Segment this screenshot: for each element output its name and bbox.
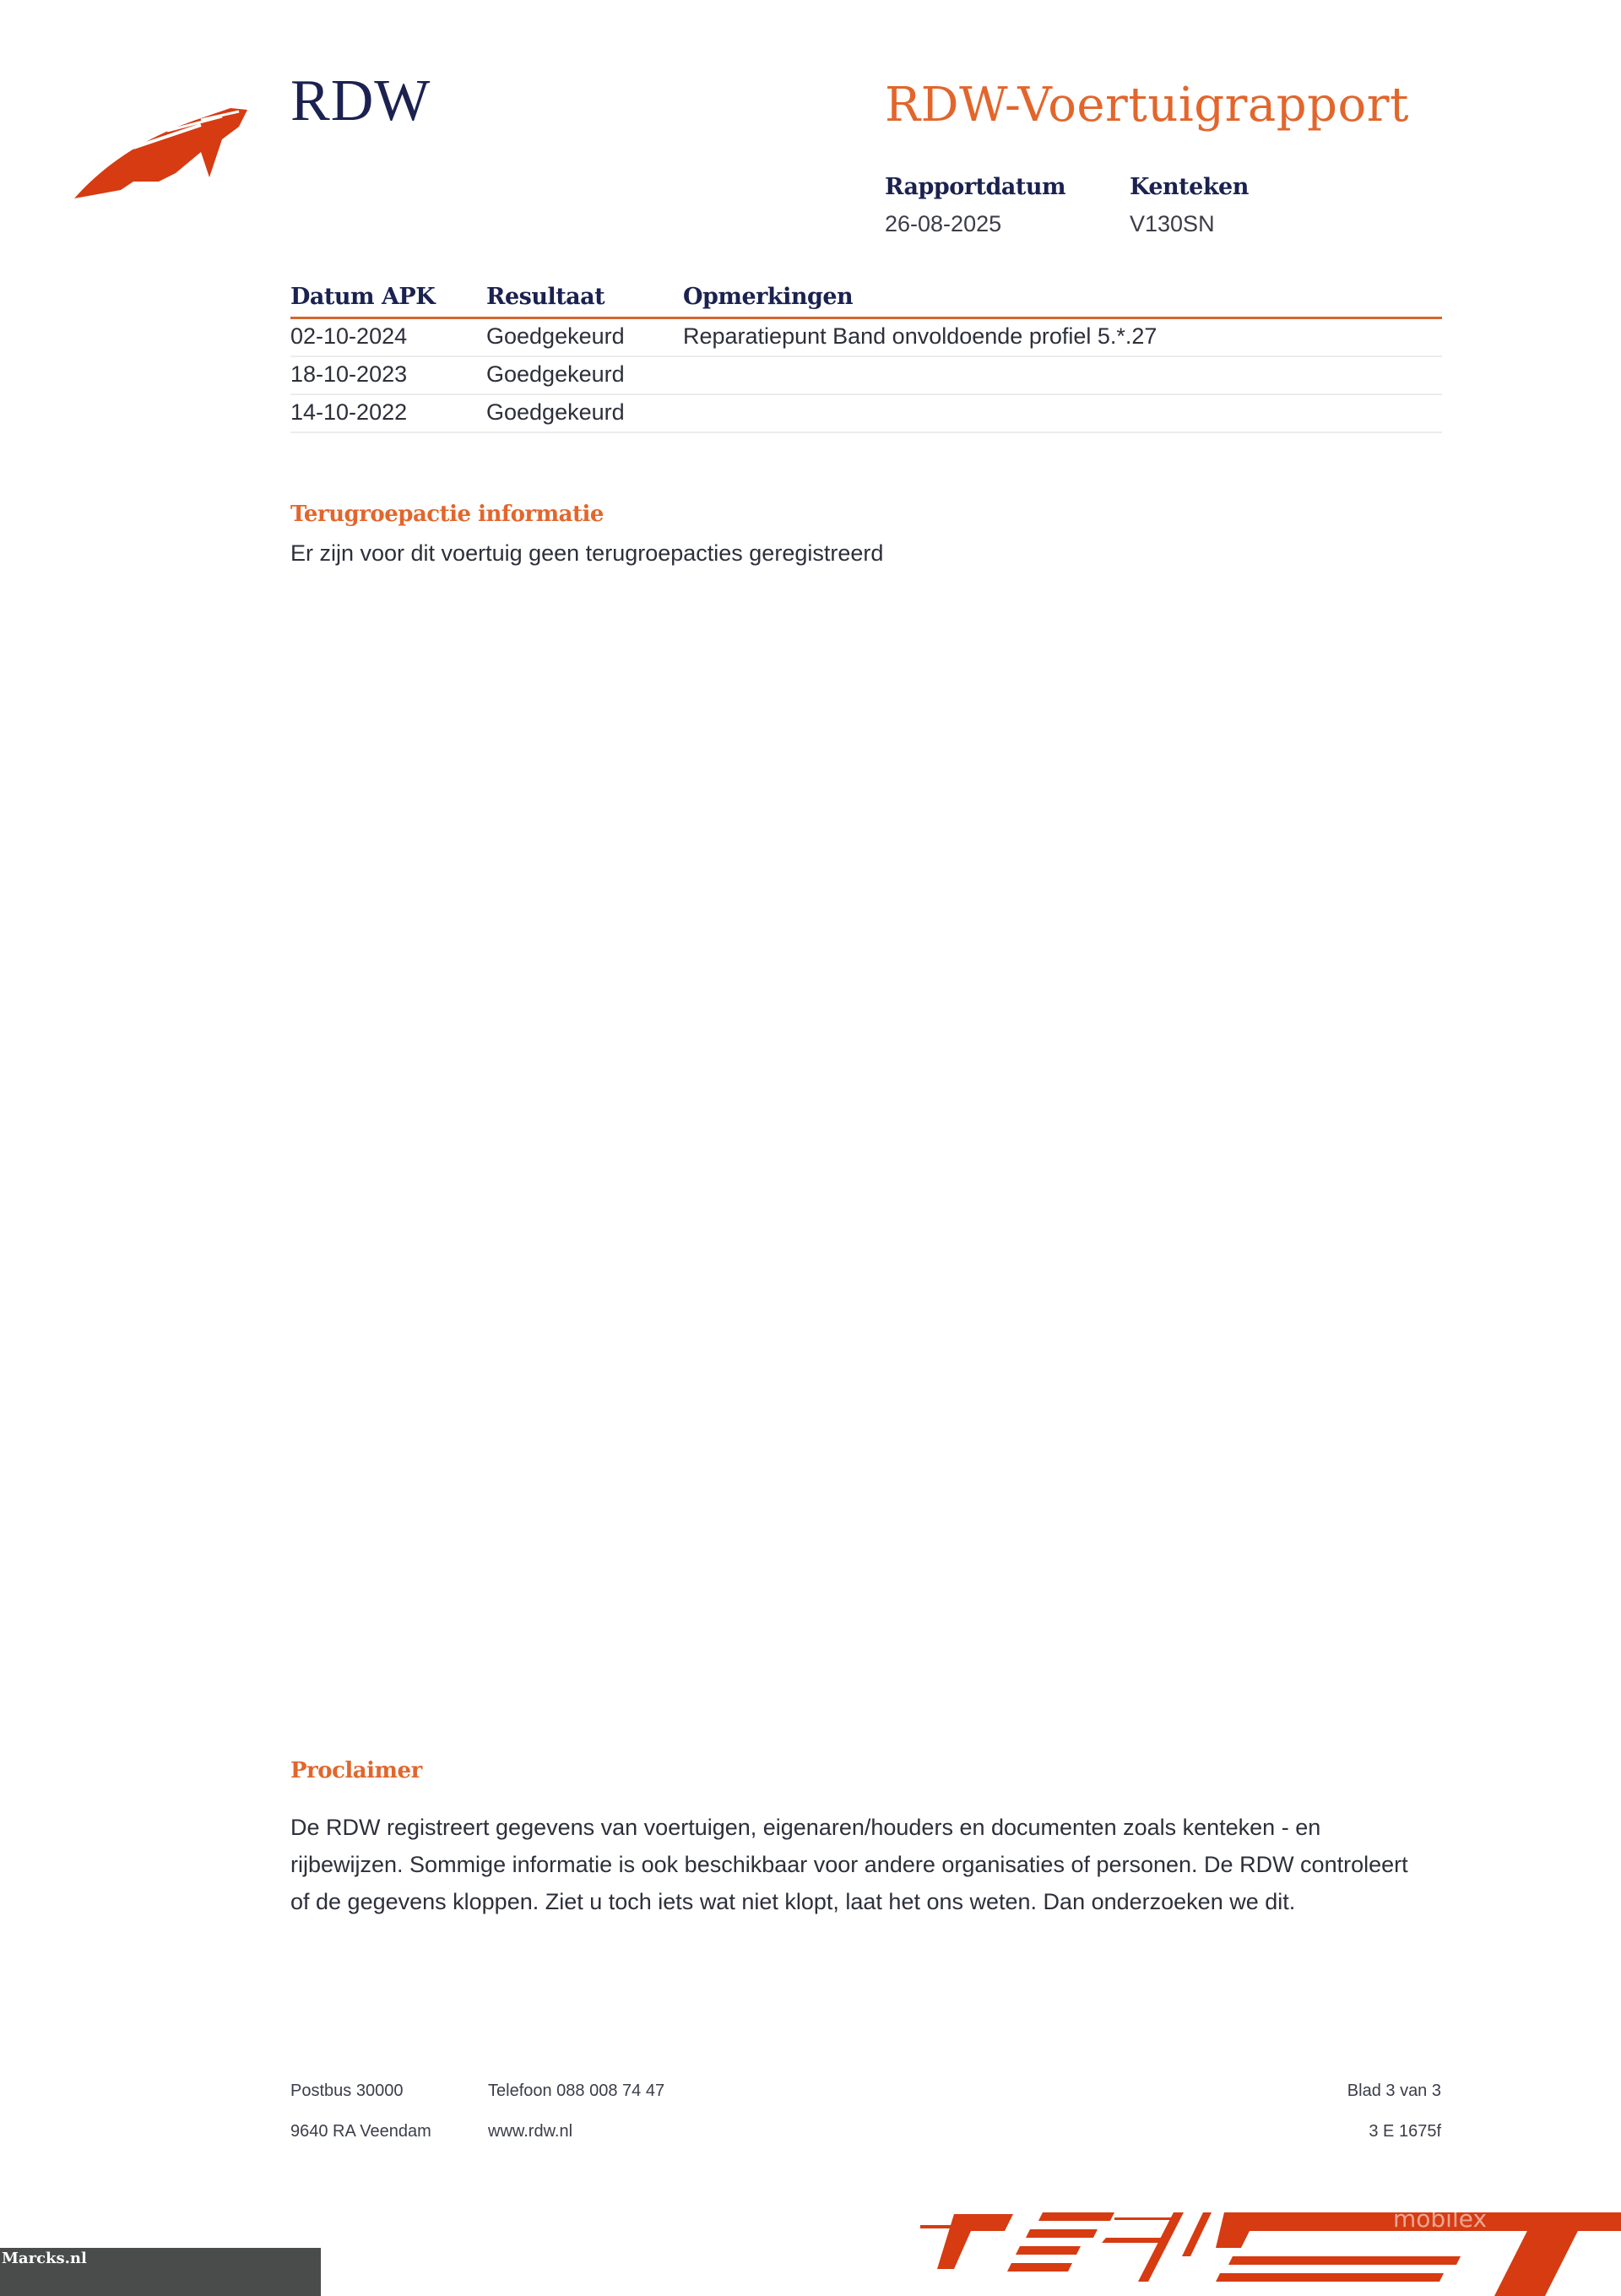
table-row: 18-10-2023 Goedgekeurd bbox=[290, 356, 1442, 394]
column-header-resultaat: Resultaat bbox=[486, 284, 683, 318]
cell-resultaat: Goedgekeurd bbox=[486, 318, 683, 357]
cell-resultaat: Goedgekeurd bbox=[486, 394, 683, 432]
footer-page-number: Blad 3 van 3 bbox=[1347, 2082, 1441, 2101]
table-row: 02-10-2024 Goedgekeurd Reparatiepunt Ban… bbox=[290, 318, 1442, 357]
report-title: RDW-Voertuigrapport bbox=[885, 78, 1409, 133]
watermark-source: Marcks.nl bbox=[2, 2250, 87, 2267]
apk-history-table: Datum APK Resultaat Opmerkingen 02-10-20… bbox=[290, 284, 1442, 433]
kenteken-value: V130SN bbox=[1130, 211, 1215, 237]
proclaimer-text: De RDW registreert gegevens van voertuig… bbox=[290, 1809, 1422, 1920]
recall-text: Er zijn voor dit voertuig geen terugroep… bbox=[290, 540, 883, 567]
footer-website[interactable]: www.rdw.nl bbox=[488, 2122, 572, 2141]
rapportdatum-label: Rapportdatum bbox=[885, 174, 1065, 200]
cell-resultaat: Goedgekeurd bbox=[486, 356, 683, 394]
rdw-logo-text: RDW bbox=[290, 68, 431, 135]
table-row: 14-10-2022 Goedgekeurd bbox=[290, 394, 1442, 432]
footer-postbus: Postbus 30000 bbox=[290, 2082, 403, 2101]
cell-datum: 14-10-2022 bbox=[290, 394, 486, 432]
cell-datum: 18-10-2023 bbox=[290, 356, 486, 394]
recall-heading: Terugroepactie informatie bbox=[290, 502, 604, 527]
rapportdatum-value: 26-08-2025 bbox=[885, 211, 1001, 237]
cell-opmerkingen bbox=[683, 356, 1442, 394]
cell-opmerkingen: Reparatiepunt Band onvoldoende profiel 5… bbox=[683, 318, 1442, 357]
cell-datum: 02-10-2024 bbox=[290, 318, 486, 357]
mobilex-stripes-logo-icon: mobilex bbox=[920, 2206, 1621, 2296]
footer-document-code: 3 E 1675f bbox=[1369, 2122, 1441, 2141]
footer-phone: Telefoon 088 008 74 47 bbox=[488, 2082, 664, 2101]
column-header-datum-apk: Datum APK bbox=[290, 284, 486, 318]
kenteken-label: Kenteken bbox=[1130, 174, 1249, 200]
cell-opmerkingen bbox=[683, 394, 1442, 432]
watermark-overlay-text: mobilex bbox=[1393, 2206, 1487, 2233]
rdw-wing-logo-icon bbox=[74, 101, 264, 203]
table-header-row: Datum APK Resultaat Opmerkingen bbox=[290, 284, 1442, 318]
proclaimer-heading: Proclaimer bbox=[290, 1758, 422, 1783]
column-header-opmerkingen: Opmerkingen bbox=[683, 284, 1442, 318]
footer-city: 9640 RA Veendam bbox=[290, 2122, 431, 2141]
